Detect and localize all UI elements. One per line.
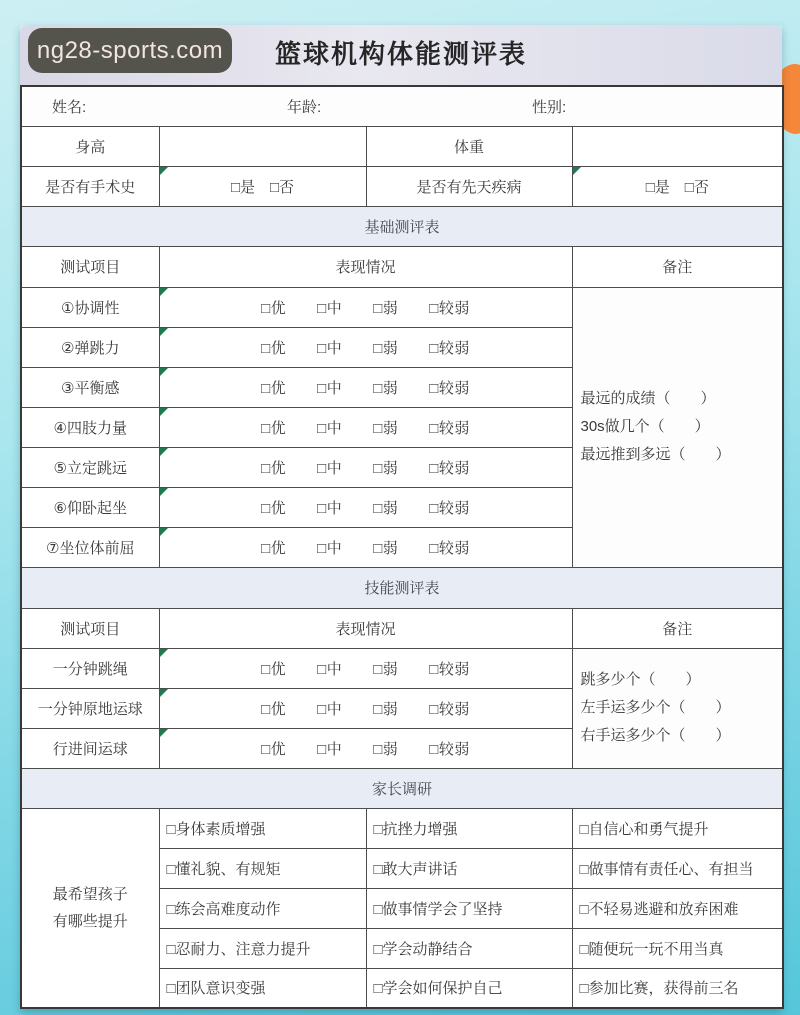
survey-checkbox-option[interactable]: □学会如何保护自己 xyxy=(366,968,572,1008)
performance-checkboxes[interactable]: □优 □中 □弱 □较弱 xyxy=(159,367,572,407)
remark-line: 跳多少个（ ） xyxy=(581,666,783,694)
performance-checkboxes[interactable]: □优 □中 □弱 □较弱 xyxy=(159,688,572,728)
survey-checkbox-option[interactable]: □抗挫力增强 xyxy=(366,808,572,848)
surgery-history-label: 是否有手术史 xyxy=(21,166,159,206)
performance-checkboxes[interactable]: □优 □中 □弱 □较弱 xyxy=(159,527,572,567)
assessment-table: 姓名:年龄:性别: 身高 体重 是否有手术史 □是 □否 是否有先天疾病 □是 … xyxy=(20,85,784,1009)
height-label: 身高 xyxy=(21,126,159,166)
gender-field-label: 性别: xyxy=(532,96,566,117)
survey-checkbox-option[interactable]: □忍耐力、注意力提升 xyxy=(159,928,366,968)
age-field-label: 年龄: xyxy=(287,96,532,117)
surgery-yes-no-checkboxes[interactable]: □是 □否 xyxy=(159,166,366,206)
survey-section-title: 家长调研 xyxy=(21,768,783,808)
survey-checkbox-option[interactable]: □学会动静结合 xyxy=(366,928,572,968)
basic-column-header-row: 测试项目 表现情况 备注 xyxy=(21,246,783,287)
survey-checkbox-option[interactable]: □团队意识变强 xyxy=(159,968,366,1008)
basic-item-label: ⑤立定跳远 xyxy=(21,447,159,487)
col-header-performance: 表现情况 xyxy=(159,608,572,648)
weight-label: 体重 xyxy=(366,126,572,166)
congenital-disease-label: 是否有先天疾病 xyxy=(366,166,572,206)
skill-item-label: 一分钟原地运球 xyxy=(21,688,159,728)
survey-checkbox-option[interactable]: □做事情有责任心、有担当 xyxy=(572,848,783,888)
info-fields[interactable]: 姓名:年龄:性别: xyxy=(21,86,783,126)
survey-question-line: 最希望孩子 xyxy=(22,881,159,908)
remark-line: 左手运多少个（ ） xyxy=(581,694,783,722)
skill-item-label: 行进间运球 xyxy=(21,728,159,768)
performance-checkboxes[interactable]: □优 □中 □弱 □较弱 xyxy=(159,648,572,688)
col-header-remarks: 备注 xyxy=(572,608,783,648)
name-field-label: 姓名: xyxy=(52,96,287,117)
basic-item-label: ⑥仰卧起坐 xyxy=(21,487,159,527)
performance-checkboxes[interactable]: □优 □中 □弱 □较弱 xyxy=(159,487,572,527)
survey-checkbox-option[interactable]: □参加比赛，获得前三名 xyxy=(572,968,783,1008)
info-row: 姓名:年龄:性别: xyxy=(21,86,783,126)
remark-line: 30s做几个（ ） xyxy=(581,413,783,441)
table-row: ①协调性 □优 □中 □弱 □较弱 最远的成绩（ ） 30s做几个（ ） 最远推… xyxy=(21,287,783,327)
congenital-yes-no-checkboxes[interactable]: □是 □否 xyxy=(572,166,783,206)
col-header-test-item: 测试项目 xyxy=(21,608,159,648)
performance-checkboxes[interactable]: □优 □中 □弱 □较弱 xyxy=(159,327,572,367)
weight-value-cell[interactable] xyxy=(572,126,783,166)
survey-checkbox-option[interactable]: □懂礼貌、有规矩 xyxy=(159,848,366,888)
survey-question-line: 有哪些提升 xyxy=(22,908,159,935)
basic-item-label: ④四肢力量 xyxy=(21,407,159,447)
remark-line: 最远推到多远（ ） xyxy=(581,441,783,469)
survey-checkbox-option[interactable]: □自信心和勇气提升 xyxy=(572,808,783,848)
assessment-form-card: ng28-sports.com 篮球机构体能测评表 姓名:年龄:性别: 身高 体… xyxy=(20,25,782,1009)
basic-section-title: 基础测评表 xyxy=(21,206,783,246)
skill-section-title: 技能测评表 xyxy=(21,567,783,608)
form-header: ng28-sports.com 篮球机构体能测评表 xyxy=(20,25,782,85)
basic-item-label: ⑦坐位体前屈 xyxy=(21,527,159,567)
remark-line: 右手运多少个（ ） xyxy=(581,722,783,750)
watermark-badge: ng28-sports.com xyxy=(28,28,232,73)
skill-column-header-row: 测试项目 表现情况 备注 xyxy=(21,608,783,648)
col-header-test-item: 测试项目 xyxy=(21,246,159,287)
performance-checkboxes[interactable]: □优 □中 □弱 □较弱 xyxy=(159,287,572,327)
survey-checkbox-option[interactable]: □练会高难度动作 xyxy=(159,888,366,928)
basic-item-label: ①协调性 xyxy=(21,287,159,327)
metrics-row: 身高 体重 xyxy=(21,126,783,166)
basic-remarks-cell[interactable]: 最远的成绩（ ） 30s做几个（ ） 最远推到多远（ ） xyxy=(572,287,783,567)
table-row: 一分钟跳绳 □优 □中 □弱 □较弱 跳多少个（ ） 左手运多少个（ ） 右手运… xyxy=(21,648,783,688)
skill-remarks-cell[interactable]: 跳多少个（ ） 左手运多少个（ ） 右手运多少个（ ） xyxy=(572,648,783,768)
survey-question-label: 最希望孩子 有哪些提升 xyxy=(21,808,159,1008)
basic-section-header-row: 基础测评表 xyxy=(21,206,783,246)
survey-checkbox-option[interactable]: □身体素质增强 xyxy=(159,808,366,848)
table-row: 最希望孩子 有哪些提升 □身体素质增强 □抗挫力增强 □自信心和勇气提升 xyxy=(21,808,783,848)
watermark-text: ng28-sports.com xyxy=(37,37,223,65)
col-header-remarks: 备注 xyxy=(572,246,783,287)
survey-checkbox-option[interactable]: □敢大声讲话 xyxy=(366,848,572,888)
survey-checkbox-option[interactable]: □做事情学会了坚持 xyxy=(366,888,572,928)
height-value-cell[interactable] xyxy=(159,126,366,166)
basic-item-label: ③平衡感 xyxy=(21,367,159,407)
remark-line: 最远的成绩（ ） xyxy=(581,385,783,413)
survey-checkbox-option[interactable]: □随便玩一玩不用当真 xyxy=(572,928,783,968)
basic-item-label: ②弹跳力 xyxy=(21,327,159,367)
survey-checkbox-option[interactable]: □不轻易逃避和放弃困难 xyxy=(572,888,783,928)
performance-checkboxes[interactable]: □优 □中 □弱 □较弱 xyxy=(159,728,572,768)
skill-item-label: 一分钟跳绳 xyxy=(21,648,159,688)
performance-checkboxes[interactable]: □优 □中 □弱 □较弱 xyxy=(159,447,572,487)
history-row: 是否有手术史 □是 □否 是否有先天疾病 □是 □否 xyxy=(21,166,783,206)
skill-section-header-row: 技能测评表 xyxy=(21,567,783,608)
survey-section-header-row: 家长调研 xyxy=(21,768,783,808)
performance-checkboxes[interactable]: □优 □中 □弱 □较弱 xyxy=(159,407,572,447)
col-header-performance: 表现情况 xyxy=(159,246,572,287)
